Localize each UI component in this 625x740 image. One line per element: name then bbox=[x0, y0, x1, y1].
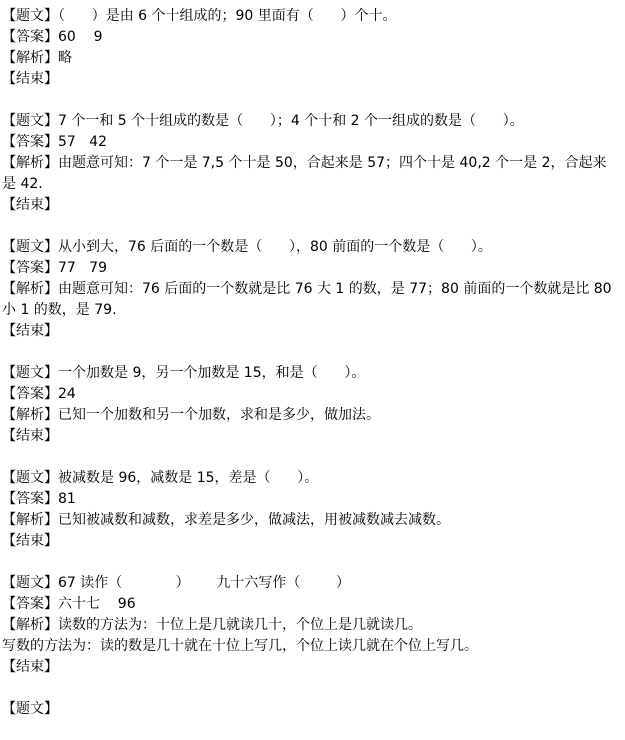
answer-line: 【答案】六十七 96 bbox=[2, 594, 619, 615]
question-line: 【题文】7 个一和 5 个十组成的数是（ ）；4 个十和 2 个一组成的数是（ … bbox=[2, 111, 619, 132]
block-gap bbox=[2, 216, 619, 237]
question-text: 被减数是 96，减数是 15，差是（ ）。 bbox=[58, 470, 318, 486]
question-line: 【题文】被减数是 96，减数是 15，差是（ ）。 bbox=[2, 468, 619, 489]
answer-label: 【答案】 bbox=[2, 491, 58, 507]
question-text: 从小到大，76 后面的一个数是（ ），80 前面的一个数是（ ）。 bbox=[58, 239, 492, 255]
block-gap bbox=[2, 90, 619, 111]
answer-text: 77 79 bbox=[58, 260, 107, 276]
block-gap bbox=[2, 342, 619, 363]
analysis-line: 【解析】略 bbox=[2, 48, 619, 69]
question-label: 【题文】 bbox=[2, 575, 58, 591]
answer-line: 【答案】57 42 bbox=[2, 132, 619, 153]
answer-label: 【答案】 bbox=[2, 596, 58, 612]
answer-text: 60 9 bbox=[58, 29, 103, 45]
question-text: 一个加数是 9，另一个加数是 15，和是（ ）。 bbox=[58, 365, 365, 381]
analysis-label: 【解析】 bbox=[2, 617, 58, 633]
answer-line: 【答案】81 bbox=[2, 489, 619, 510]
analysis-line: 【解析】读数的方法为：十位上是几就读几十，个位上是几就读几。 写数的方法为：读的… bbox=[2, 615, 619, 657]
analysis-label: 【解析】 bbox=[2, 155, 58, 171]
block-gap bbox=[2, 678, 619, 699]
worksheet-document: 【题文】（ ）是由 6 个十组成的；90 里面有（ ）个十。 【答案】60 9 … bbox=[0, 0, 625, 720]
question-label: 【题文】 bbox=[2, 113, 58, 129]
question-text: 67 读作（ ） 九十六写作（ ） bbox=[58, 575, 350, 591]
question-line: 【题文】（ ）是由 6 个十组成的；90 里面有（ ）个十。 bbox=[2, 6, 619, 27]
block-gap bbox=[2, 447, 619, 468]
end-label: 【结束】 bbox=[2, 659, 58, 675]
analysis-label: 【解析】 bbox=[2, 50, 58, 66]
answer-text: 六十七 96 bbox=[58, 596, 136, 612]
analysis-text: 读数的方法为：十位上是几就读几十，个位上是几就读几。 写数的方法为：读的数是几十… bbox=[2, 617, 478, 654]
end-label: 【结束】 bbox=[2, 323, 58, 339]
block-gap bbox=[2, 552, 619, 573]
question-label: 【题文】 bbox=[2, 365, 58, 381]
end-label: 【结束】 bbox=[2, 428, 58, 444]
end-line: 【结束】 bbox=[2, 426, 619, 447]
analysis-text: 由题意可知：76 后面的一个数就是比 76 大 1 的数，是 77；80 前面的… bbox=[2, 281, 616, 318]
analysis-text: 由题意可知：7 个一是 7,5 个十是 50，合起来是 57；四个十是 40,2… bbox=[2, 155, 606, 192]
qa-block-3: 【题文】从小到大，76 后面的一个数是（ ），80 前面的一个数是（ ）。 【答… bbox=[2, 237, 619, 342]
question-text: （ ）是由 6 个十组成的；90 里面有（ ）个十。 bbox=[58, 8, 396, 24]
end-label: 【结束】 bbox=[2, 533, 58, 549]
question-label: 【题文】 bbox=[2, 8, 58, 24]
question-line: 【题文】从小到大，76 后面的一个数是（ ），80 前面的一个数是（ ）。 bbox=[2, 237, 619, 258]
analysis-line: 【解析】由题意可知：7 个一是 7,5 个十是 50，合起来是 57；四个十是 … bbox=[2, 153, 619, 195]
question-line: 【题文】67 读作（ ） 九十六写作（ ） bbox=[2, 573, 619, 594]
end-line: 【结束】 bbox=[2, 657, 619, 678]
end-label: 【结束】 bbox=[2, 197, 58, 213]
qa-block-1: 【题文】（ ）是由 6 个十组成的；90 里面有（ ）个十。 【答案】60 9 … bbox=[2, 6, 619, 90]
analysis-line: 【解析】由题意可知：76 后面的一个数就是比 76 大 1 的数，是 77；80… bbox=[2, 279, 619, 321]
answer-line: 【答案】60 9 bbox=[2, 27, 619, 48]
analysis-line: 【解析】已知被减数和减数，求差是多少，做减法，用被减数减去减数。 bbox=[2, 510, 619, 531]
answer-label: 【答案】 bbox=[2, 386, 58, 402]
qa-block-7: 【题文】 bbox=[2, 699, 619, 720]
answer-text: 81 bbox=[58, 491, 76, 507]
analysis-text: 已知一个加数和另一个加数，求和是多少，做加法。 bbox=[58, 407, 380, 423]
analysis-label: 【解析】 bbox=[2, 281, 58, 297]
end-line: 【结束】 bbox=[2, 531, 619, 552]
end-line: 【结束】 bbox=[2, 321, 619, 342]
analysis-text: 略 bbox=[58, 50, 72, 66]
question-label: 【题文】 bbox=[2, 470, 58, 486]
end-line: 【结束】 bbox=[2, 69, 619, 90]
qa-block-4: 【题文】一个加数是 9，另一个加数是 15，和是（ ）。 【答案】24 【解析】… bbox=[2, 363, 619, 447]
analysis-line: 【解析】已知一个加数和另一个加数，求和是多少，做加法。 bbox=[2, 405, 619, 426]
end-line: 【结束】 bbox=[2, 195, 619, 216]
question-label: 【题文】 bbox=[2, 239, 58, 255]
question-line: 【题文】一个加数是 9，另一个加数是 15，和是（ ）。 bbox=[2, 363, 619, 384]
qa-block-2: 【题文】7 个一和 5 个十组成的数是（ ）；4 个十和 2 个一组成的数是（ … bbox=[2, 111, 619, 216]
question-label: 【题文】 bbox=[2, 701, 58, 717]
analysis-label: 【解析】 bbox=[2, 407, 58, 423]
answer-line: 【答案】77 79 bbox=[2, 258, 619, 279]
analysis-text: 已知被减数和减数，求差是多少，做减法，用被减数减去减数。 bbox=[58, 512, 450, 528]
answer-text: 57 42 bbox=[58, 134, 107, 150]
answer-label: 【答案】 bbox=[2, 134, 58, 150]
answer-label: 【答案】 bbox=[2, 260, 58, 276]
end-label: 【结束】 bbox=[2, 71, 58, 87]
analysis-label: 【解析】 bbox=[2, 512, 58, 528]
qa-block-5: 【题文】被减数是 96，减数是 15，差是（ ）。 【答案】81 【解析】已知被… bbox=[2, 468, 619, 552]
answer-text: 24 bbox=[58, 386, 76, 402]
answer-label: 【答案】 bbox=[2, 29, 58, 45]
question-text: 7 个一和 5 个十组成的数是（ ）；4 个十和 2 个一组成的数是（ ）。 bbox=[58, 113, 524, 129]
question-line: 【题文】 bbox=[2, 699, 619, 720]
qa-block-6: 【题文】67 读作（ ） 九十六写作（ ） 【答案】六十七 96 【解析】读数的… bbox=[2, 573, 619, 678]
answer-line: 【答案】24 bbox=[2, 384, 619, 405]
